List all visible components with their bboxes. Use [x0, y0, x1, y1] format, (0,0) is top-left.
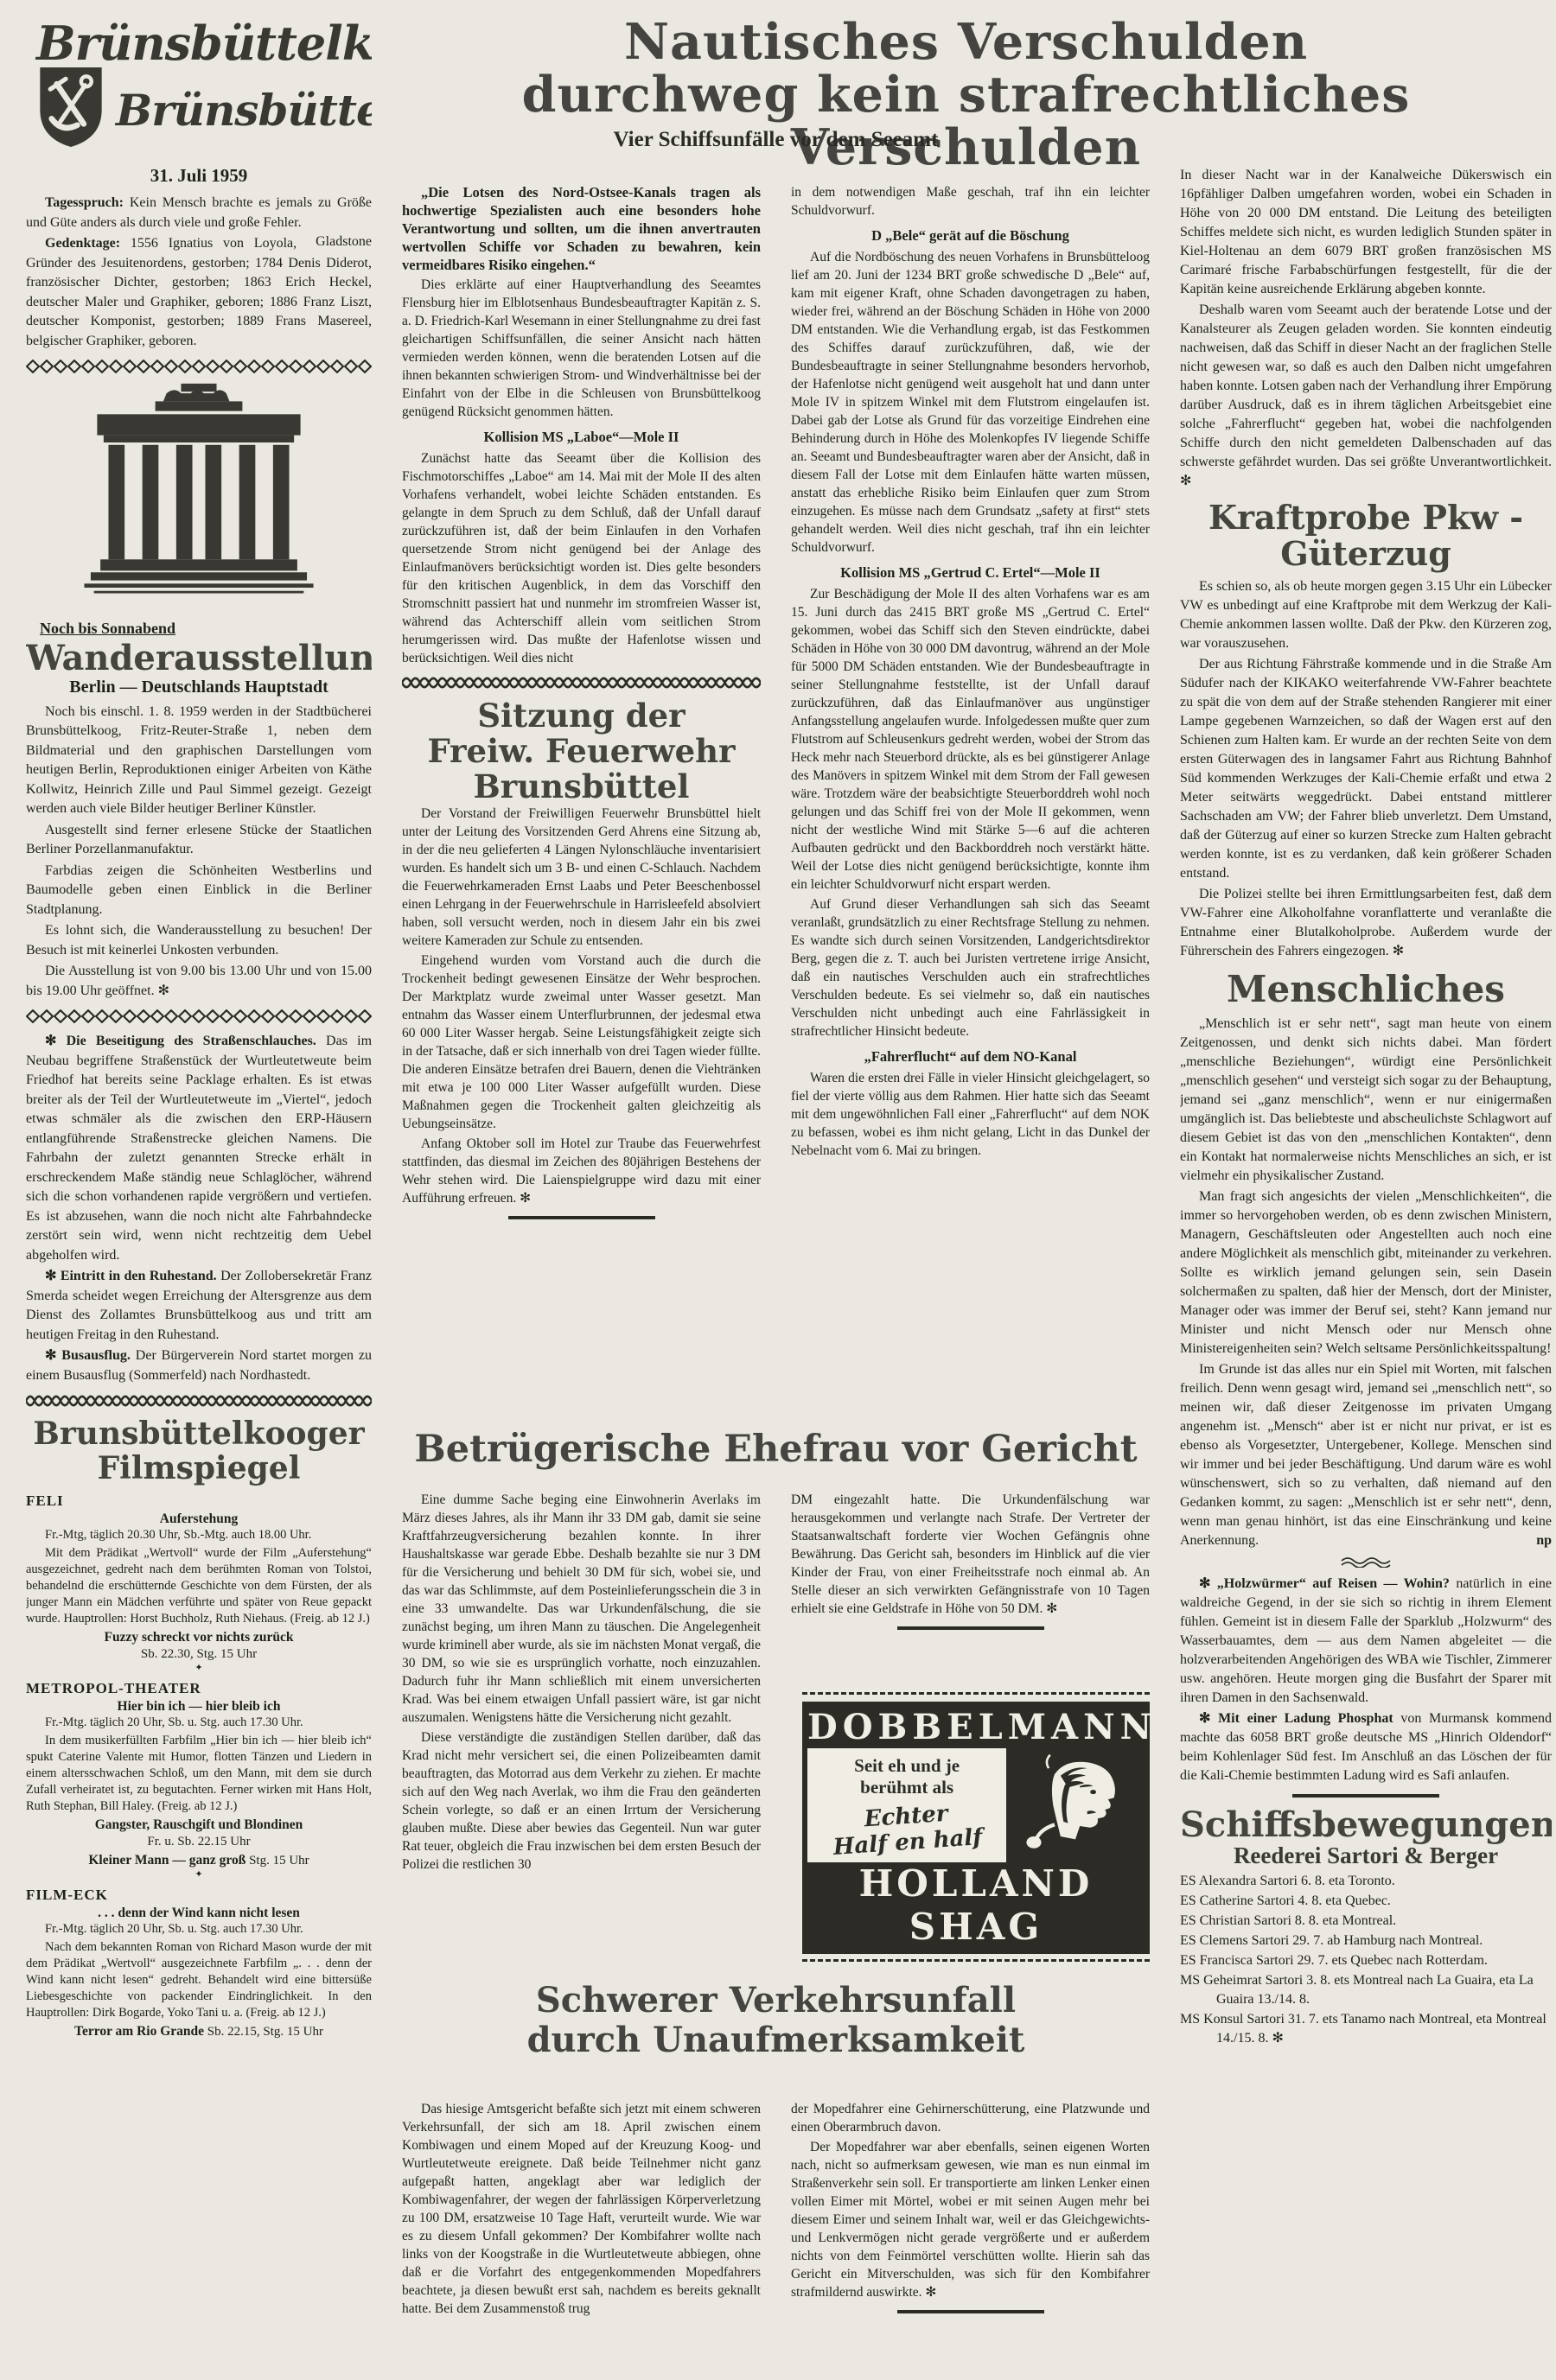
film-line: Fuzzy schreckt vor nichts zurückSb. 22.3…	[26, 1629, 372, 1663]
seeamt-lead-quote: „Die Lotsen des Nord-Ostsee-Kanals trage…	[402, 183, 761, 274]
film-times: Sb. 22.15, Stg. 15 Uhr	[207, 2025, 323, 2039]
unfall-title-line1: Schwerer Verkehrsunfall	[402, 1981, 1150, 2020]
film-times: Sb. 22.30, Stg. 15 Uhr	[141, 1647, 257, 1661]
unfall-paragraph: Der Mopedfahrer war aber ebenfalls, sein…	[791, 2138, 1150, 2301]
end-rule	[897, 1626, 1044, 1630]
film-desc: Nach dem bekannten Roman von Richard Mas…	[26, 1939, 372, 2021]
film-title: Fuzzy schreckt vor nichts zurück	[105, 1630, 294, 1645]
ad-line2: berühmt als	[811, 1777, 1003, 1798]
cinema-metropol: METROPOL-THEATER Hier bin ich — hier ble…	[26, 1680, 372, 1880]
wander-subtitle: Berlin — Deutschlands Hauptstadt	[26, 678, 372, 697]
wander-paragraph: Noch bis einschl. 1. 8. 1959 werden in d…	[26, 703, 372, 819]
seeamt-fahrerflucht: Waren die ersten drei Fälle in vieler Hi…	[791, 1069, 1150, 1160]
ad-product: HOLLAND SHAG	[807, 1862, 1145, 1949]
column-2-seeamt: „Die Lotsen des Nord-Ostsee-Kanals trage…	[402, 183, 761, 1419]
headline-line2: durchweg kein strafrechtliches Verschuld…	[380, 68, 1552, 174]
cinema-feli: FELI Auferstehung Fr.-Mtg, täglich 20.30…	[26, 1492, 372, 1673]
film-line: Kleiner Mann — ganz groß Stg. 15 Uhr	[26, 1852, 372, 1869]
ad-line1: Seit eh und je	[811, 1755, 1003, 1777]
film-title: Auferstehung	[26, 1511, 372, 1527]
cinema-name: FELI	[26, 1492, 372, 1509]
betrug-paragraph: DM eingezahlt hatte. Die Urkundenfälschu…	[791, 1491, 1150, 1618]
rope-divider	[402, 676, 761, 690]
cinema-name: FILM-ECK	[26, 1887, 372, 1903]
film-times: Fr.-Mtg. täglich 20 Uhr, Sb. u. Stg. auc…	[26, 1921, 372, 1938]
film-title: . . . denn der Wind kann nicht lesen	[26, 1905, 372, 1921]
kraftprobe-paragraph: Die Polizei stellte bei ihren Ermittlung…	[1180, 885, 1552, 961]
wander-kicker: Noch bis Sonnabend	[40, 619, 372, 639]
author-signature: np	[1517, 1531, 1552, 1550]
menschliches-paragraph: Man fragt sich angesichts der vielen „Me…	[1180, 1187, 1552, 1359]
betrug-body-left: Eine dumme Sache beging eine Einwohnerin…	[402, 1491, 761, 1979]
film-times: Stg. 15 Uhr	[249, 1854, 309, 1868]
ship-movement-row: ES Christian Sartori 8. 8. eta Montreal.	[1180, 1912, 1552, 1931]
wander-paragraph: Ausgestellt sind ferner erlesene Stücke …	[26, 821, 372, 860]
seeamt-intro: Dies erklärte auf einer Hauptverhandlung…	[402, 276, 761, 421]
local-item-label: ✻ Die Beseitigung des Straßenschlauches.	[45, 1034, 316, 1048]
ship-movement-row: MS Geheimrat Sartori 3. 8. ets Montreal …	[1180, 1971, 1552, 2009]
seeamt-laboe: Zunächst hatte das Seeamt über die Kolli…	[402, 449, 761, 667]
seeamt-nacht-paragraph: In dieser Nacht war in der Kanalweiche D…	[1180, 166, 1552, 299]
seeamt-bele: Auf die Nordböschung des neuen Vorhafens…	[791, 248, 1150, 557]
menschliches-text: Im Grunde ist das alles nur ein Spiel mi…	[1180, 1362, 1552, 1548]
cinema-name: METROPOL-THEATER	[26, 1680, 372, 1696]
seeamt-nacht-paragraph: Deshalb waren vom Seeamt auch der berate…	[1180, 301, 1552, 491]
ad-script-text: Echter Half en half	[809, 1797, 1004, 1861]
ad-text-panel: Seit eh und je berühmt als Echter Half e…	[807, 1748, 1006, 1862]
column-3-seeamt: in dem notwendigen Maße geschah, traf ih…	[791, 183, 1150, 1428]
tagesspruch-label: Tagesspruch:	[45, 195, 124, 210]
col4-item: ✻ „Holzwürmer“ auf Reisen — Wohin? natür…	[1180, 1575, 1552, 1708]
rope-divider	[26, 1394, 372, 1408]
unfall-paragraph: Das hiesige Amtsgericht befaßte sich jet…	[402, 2100, 761, 2318]
masthead: Brünsbüttelkoog Brünsb	[26, 19, 372, 185]
film-times: Fr. u. Sb. 22.15 Uhr	[147, 1835, 250, 1849]
ad-border-bottom	[802, 1959, 1150, 1962]
film-title: Terror am Rio Grande	[74, 2024, 204, 2039]
col4-item-text: natürlich in eine waldreiche Gegend, in …	[1180, 1576, 1552, 1705]
wander-paragraph: Farbdias zeigen die Schönheiten Westberl…	[26, 862, 372, 920]
betrug-title: Betrügerische Ehefrau vor Gericht	[402, 1428, 1150, 1471]
feuerwehr-paragraph: Eingehend wurden vom Vorstand auch die d…	[402, 951, 761, 1133]
local-item: ✻ Die Beseitigung des Straßenschlauches.…	[26, 1032, 372, 1265]
kraftprobe-title: Kraftprobe Pkw - Güterzug	[1180, 500, 1552, 572]
seeamt-laboe-continuation: in dem notwendigen Maße geschah, traf ih…	[791, 183, 1150, 220]
seeamt-subhead-laboe: Kollision MS „Laboe“—Mole II	[402, 428, 761, 446]
cinema-film-eck: FILM-ECK . . . denn der Wind kann nicht …	[26, 1887, 372, 2040]
ad-brand: DOBBELMANN	[807, 1707, 1145, 1748]
end-rule	[897, 2310, 1044, 2313]
advertisement-dobbelmann: DOBBELMANN Seit eh und je berühmt als Ec…	[802, 1687, 1150, 1967]
film-title: Gangster, Rauschgift und Blondinen	[95, 1817, 303, 1832]
kraftprobe-paragraph: Der aus Richtung Fährstraße kommende und…	[1180, 655, 1552, 883]
section-rule	[1292, 1794, 1439, 1798]
local-item-text: Das im Neubau begriffene Straßenstück de…	[26, 1034, 372, 1263]
brandenburg-gate-illustration	[26, 382, 372, 607]
betrug-body-right: DM eingezahlt hatte. Die Urkundenfälschu…	[791, 1491, 1150, 1702]
film-desc: In dem musikerfüllten Farbfilm „Hier bin…	[26, 1733, 372, 1815]
tagesspruch: Tagesspruch: Kein Mensch brachte es jema…	[26, 194, 372, 232]
feuerwehr-paragraph: Der Vorstand der Freiwilligen Feuerwehr …	[402, 805, 761, 950]
reederei-subtitle: Reederei Sartori & Berger	[1180, 1846, 1552, 1865]
column-left: Brünsbüttelkoog Brünsb	[26, 19, 372, 2380]
masthead-title-line1: Brünsbüttelkoog	[26, 19, 372, 67]
menschliches-paragraph: „Menschlich ist er sehr nett“, sagt man …	[1180, 1015, 1552, 1186]
star-separator-icon: ✦	[26, 1869, 372, 1880]
column-right: In dieser Nacht war in der Kanalweiche D…	[1180, 166, 1552, 2380]
feuerwehr-title: Sitzung der Freiw. Feuerwehr Brunsbüttel	[402, 698, 761, 805]
unfall-body-right: der Mopedfahrer eine Gehirnerschütterung…	[791, 2100, 1150, 2380]
col4-item-label: ✻ Mit einer Ladung Phosphat	[1199, 1711, 1393, 1726]
seeamt-subhead-gertrud: Kollision MS „Gertrud C. Ertel“—Mole II	[791, 563, 1150, 582]
local-item: ✻ Eintritt in den Ruhestand. Der Zollobe…	[26, 1267, 372, 1345]
unfall-title: Schwerer Verkehrsunfall durch Unaufmerks…	[402, 1981, 1150, 2060]
ship-movement-row: ES Francisca Sartori 29. 7. ets Quebec n…	[1180, 1951, 1552, 1970]
masthead-title-line2: Brünsbüttel	[116, 87, 372, 134]
gedenktage-label: Gedenktage:	[45, 236, 120, 251]
tagesspruch-author: Gladstone	[297, 232, 372, 252]
ad-border-top	[802, 1692, 1150, 1695]
crest-icon	[31, 62, 111, 159]
diamond-divider	[26, 1009, 372, 1023]
gedenktage-text: 1556 Ignatius von Loyola, Gründer des Je…	[26, 236, 372, 348]
wander-paragraph: Die Ausstellung ist von 9.00 bis 13.00 U…	[26, 962, 372, 1001]
diamond-divider	[26, 360, 372, 373]
betrug-paragraph: Diese verständigte die zuständigen Stell…	[402, 1728, 761, 1874]
col4-item: ✻ Mit einer Ladung Phosphat von Murmansk…	[1180, 1709, 1552, 1785]
newspaper-page: Nautisches Verschulden durchweg kein str…	[0, 0, 1556, 2380]
unfall-title-line2: durch Unaufmerksamkeit	[402, 2020, 1150, 2060]
ship-movement-row: ES Alexandra Sartori 6. 8. eta Toronto.	[1180, 1872, 1552, 1891]
wander-title: Wanderausstellung	[26, 640, 372, 678]
feuerwehr-title-line1: Sitzung der	[402, 698, 761, 734]
squiggle-divider	[1340, 1557, 1392, 1568]
seeamt-subhead-bele: D „Bele“ gerät auf die Böschung	[791, 226, 1150, 245]
seeamt-rechtsfrage: Auf Grund dieser Verhandlungen sah sich …	[791, 895, 1150, 1040]
unfall-body-left: Das hiesige Amtsgericht befaßte sich jet…	[402, 2100, 761, 2380]
headline-line1: Nautisches Verschulden	[380, 16, 1552, 68]
feuerwehr-title-line2: Freiw. Feuerwehr Brunsbüttel	[402, 734, 761, 805]
issue-date: 31. Juli 1959	[26, 166, 372, 186]
film-line: Terror am Rio Grande Sb. 22.15, Stg. 15 …	[26, 2023, 372, 2040]
star-separator-icon: ✦	[26, 1663, 372, 1673]
seeamt-gertrud: Zur Beschädigung der Mole II des alten V…	[791, 585, 1150, 894]
film-title: Hier bin ich — hier bleib ich	[26, 1698, 372, 1715]
film-desc: Mit dem Prädikat „Wertvoll“ wurde der Fi…	[26, 1545, 372, 1627]
seeamt-subhead-fahrerflucht: „Fahrerflucht“ auf dem NO-Kanal	[791, 1047, 1150, 1066]
film-times: Fr.-Mtg, täglich 20.30 Uhr, Sb.-Mtg. auc…	[26, 1527, 372, 1543]
menschliches-title: Menschliches	[1180, 970, 1552, 1009]
feuerwehr-paragraph: Anfang Oktober soll im Hotel zur Traube …	[402, 1135, 761, 1207]
wander-paragraph: Es lohnt sich, die Wanderausstellung zu …	[26, 921, 372, 960]
film-line: Gangster, Rauschgift und BlondinenFr. u.…	[26, 1817, 372, 1850]
unfall-paragraph: der Mopedfahrer eine Gehirnerschütterung…	[791, 2100, 1150, 2136]
smoker-portrait-icon	[1006, 1748, 1145, 1862]
film-times: Fr.-Mtg. täglich 20 Uhr, Sb. u. Stg. auc…	[26, 1715, 372, 1731]
local-item-label: ✻ Eintritt in den Ruhestand.	[45, 1269, 217, 1283]
ship-movement-row: MS Konsul Sartori 31. 7. ets Tanamo nach…	[1180, 2010, 1552, 2048]
filmspiegel-title: Brunsbüttelkooger Filmspiegel	[26, 1416, 372, 1486]
ship-movement-row: ES Clemens Sartori 29. 7. ab Hamburg nac…	[1180, 1931, 1552, 1950]
kraftprobe-paragraph: Es schien so, als ob heute morgen gegen …	[1180, 577, 1552, 653]
film-title: Kleiner Mann — ganz groß	[88, 1853, 246, 1868]
local-item-label: ✻ Busausflug.	[45, 1348, 131, 1363]
ad-frame: DOBBELMANN Seit eh und je berühmt als Ec…	[802, 1702, 1150, 1954]
end-rule	[508, 1216, 655, 1219]
local-item: ✻ Busausflug. Der Bürgerverein Nord star…	[26, 1346, 372, 1385]
schiffsbewegungen-title: Schiffsbewegungen	[1180, 1806, 1552, 1844]
headline-subtitle: Vier Schiffsunfälle vor dem Seeamt	[402, 128, 1150, 152]
ship-movement-row: ES Catherine Sartori 4. 8. eta Quebec.	[1180, 1892, 1552, 1911]
menschliches-paragraph: Im Grunde ist das alles nur ein Spiel mi…	[1180, 1360, 1552, 1550]
col4-item-label: ✻ „Holzwürmer“ auf Reisen — Wohin?	[1199, 1576, 1450, 1591]
betrug-paragraph: Eine dumme Sache beging eine Einwohnerin…	[402, 1491, 761, 1727]
